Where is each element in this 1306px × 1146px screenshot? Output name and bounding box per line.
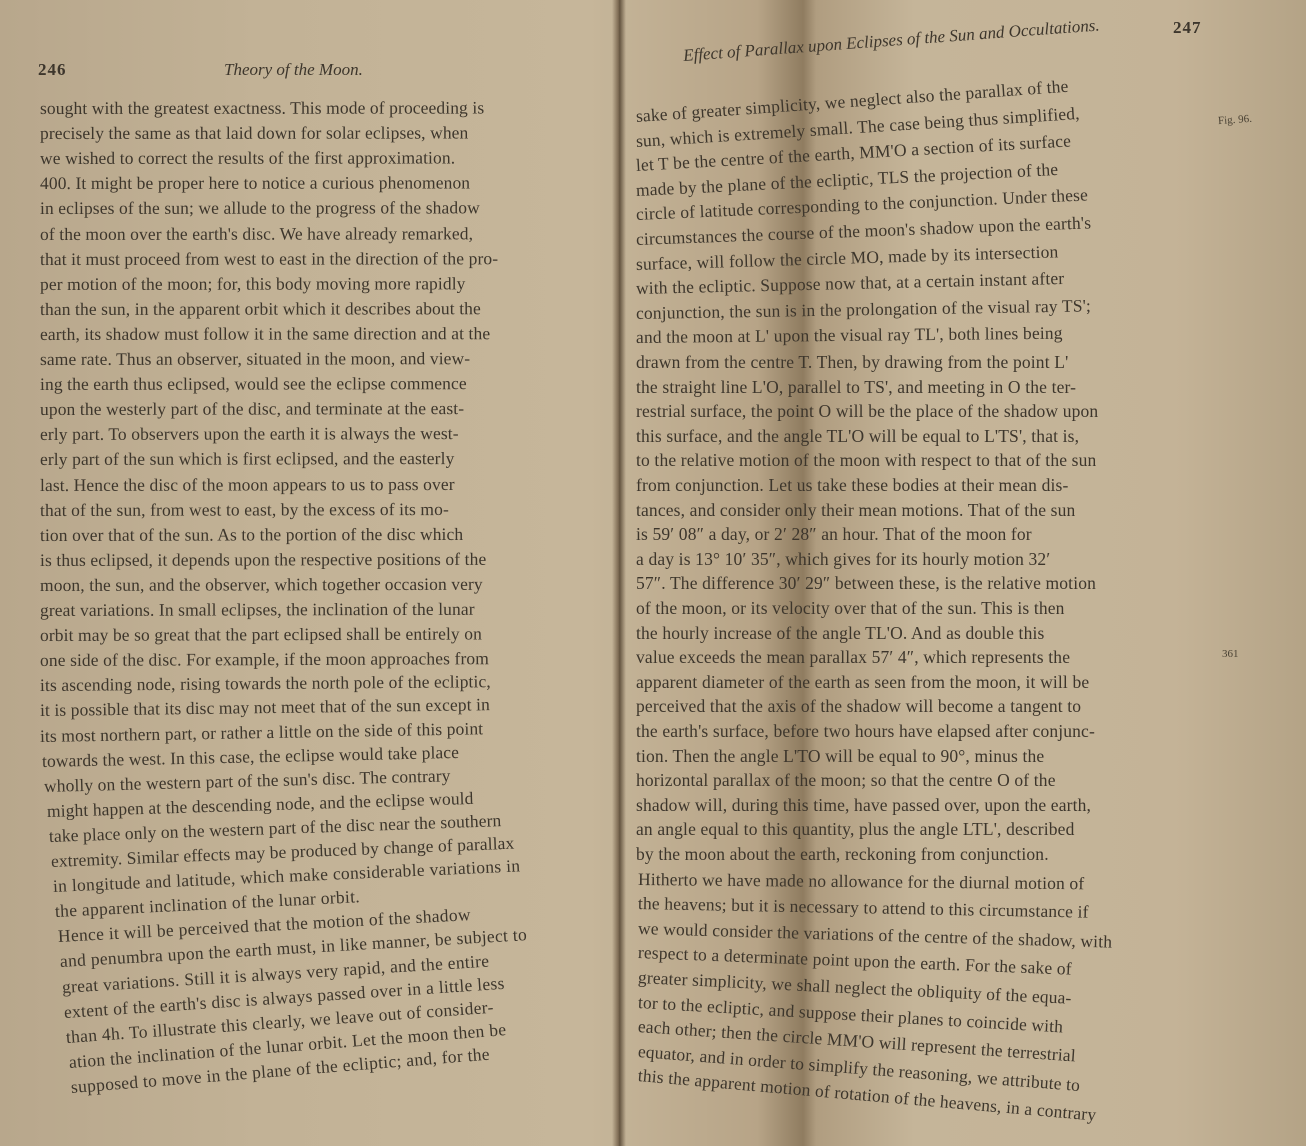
text-line: it is possible that its disc may not mee…	[40, 697, 490, 720]
text-line: Hitherto we have made no allowance for t…	[638, 871, 1085, 893]
text-line: drawn from the centre T. Then, by drawin…	[636, 354, 1068, 372]
left-running-title: Theory of the Moon.	[224, 60, 363, 80]
text-line: from conjunction. Let us take these bodi…	[636, 477, 1068, 495]
right-page: Effect of Parallax upon Eclipses of the …	[618, 0, 1306, 1146]
text-line: tion. Then the angle L'TO will be equal …	[636, 748, 1044, 766]
text-line: is 59′ 08″ a day, or 2′ 28″ an hour. Tha…	[636, 526, 1032, 544]
text-line: that it must proceed from west to east i…	[40, 250, 498, 268]
text-line: shadow will, during this time, have pass…	[636, 797, 1091, 815]
text-line: a day is 13° 10′ 35″, which gives for it…	[636, 551, 1050, 569]
text-line: horizontal parallax of the moon; so that…	[636, 772, 1056, 790]
right-page-number: 247	[1173, 18, 1202, 38]
text-line: surface, will follow the circle MO, made…	[636, 243, 1059, 273]
text-line: in eclipses of the sun; we allude to the…	[40, 200, 480, 218]
text-line: one side of the disc. For example, if th…	[40, 650, 489, 669]
text-line: orbit may be so great that the part ecli…	[40, 626, 482, 645]
text-line: an angle equal to this quantity, plus th…	[636, 821, 1075, 839]
text-line: restrial surface, the point O will be th…	[636, 403, 1098, 421]
left-page: 246 Theory of the Moon. sought with the …	[0, 0, 618, 1146]
text-line: is thus eclipsed, it depends upon the re…	[40, 551, 486, 570]
text-line: conjunction, the sun is in the prolongat…	[636, 297, 1091, 322]
text-line: great variations. In small eclipses, the…	[40, 601, 475, 620]
text-line: value exceeds the mean parallax 57′ 4″, …	[636, 649, 1070, 667]
text-line: moon, the sun, and the observer, which t…	[40, 576, 483, 595]
text-line: erly part. To observers upon the earth i…	[40, 425, 459, 443]
text-line: than the sun, in the apparent orbit whic…	[40, 300, 481, 318]
text-line: earth, its shadow must follow it in the …	[40, 325, 490, 343]
text-line: sought with the greatest exactness. This…	[40, 100, 484, 118]
text-line: of the moon, or its velocity over that o…	[636, 600, 1065, 618]
text-line: with the ecliptic. Suppose now that, at …	[636, 270, 1065, 298]
text-line: its most northern part, or rather a litt…	[40, 720, 483, 745]
text-line: last. Hence the disc of the moon appears…	[40, 476, 455, 494]
text-line: erly part of the sun which is first ecli…	[40, 450, 454, 468]
left-page-number: 246	[38, 60, 67, 79]
right-running-title: Effect of Parallax upon Eclipses of the …	[683, 15, 1101, 65]
text-line: that of the sun, from west to east, by t…	[40, 501, 449, 519]
text-line: per motion of the moon; for, this body m…	[40, 275, 466, 293]
text-line: ing the earth thus eclipsed, would see t…	[40, 375, 467, 393]
book-spread: 246 Theory of the Moon. sought with the …	[0, 0, 1306, 1146]
text-line: same rate. Thus an observer, situated in…	[40, 350, 470, 368]
margin-note-number: 361	[1222, 648, 1239, 660]
text-line: tances, and consider only their mean mot…	[636, 502, 1075, 520]
text-line: this surface, and the angle TL'O will be…	[636, 428, 1079, 446]
text-line: its ascending node, rising towards the n…	[40, 673, 491, 694]
text-line: and the moon at L' upon the visual ray T…	[636, 325, 1063, 347]
text-line: the hourly increase of the angle TL'O. A…	[636, 625, 1044, 643]
text-line: 57″. The difference 30′ 29″ between thes…	[636, 575, 1096, 593]
text-line: the heavens; but it is necessary to atte…	[638, 895, 1089, 921]
right-running-head: Effect of Parallax upon Eclipses of the …	[683, 15, 1101, 66]
margin-note-figure: Fig. 96.	[1218, 113, 1253, 127]
text-line: by the moon about the earth, reckoning f…	[636, 846, 1049, 864]
text-line: tion over that of the sun. As to the por…	[40, 526, 463, 545]
text-line: 400. It might be proper here to notice a…	[40, 175, 470, 193]
text-line: precisely the same as that laid down for…	[40, 125, 468, 143]
text-line: apparent diameter of the earth as seen f…	[636, 674, 1089, 692]
text-line: we wished to correct the results of the …	[40, 150, 455, 168]
text-line: upon the westerly part of the disc, and …	[40, 400, 464, 418]
text-line: perceived that the axis of the shadow wi…	[636, 698, 1081, 716]
text-line: of the moon over the earth's disc. We ha…	[40, 225, 473, 243]
text-line: the earth's surface, before two hours ha…	[636, 723, 1095, 741]
text-line: to the relative motion of the moon with …	[636, 452, 1096, 470]
text-line: the straight line L'O, parallel to TS', …	[636, 379, 1076, 397]
left-running-head: 246 Theory of the Moon.	[38, 60, 67, 80]
